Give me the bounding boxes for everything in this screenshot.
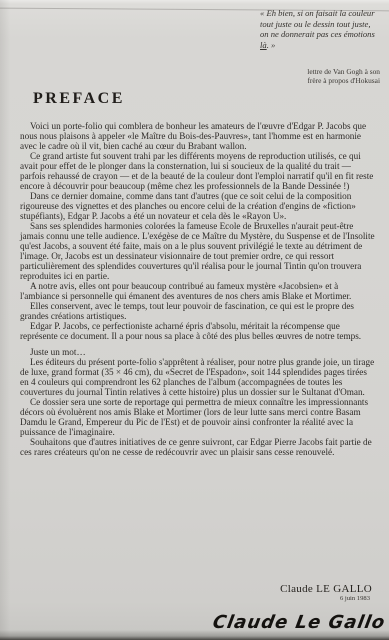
paragraph: Sans ses splendides harmonies colorées l…: [20, 221, 375, 281]
epigraph-quote-text: « Eh bien, si on faisait la couleur tout…: [260, 8, 375, 39]
epigraph-quote: « Eh bien, si on faisait la couleur tout…: [260, 8, 380, 50]
scan-top-highlight: [0, 0, 389, 4]
paragraph: Edgar P. Jacobs, ce perfectioniste achar…: [20, 321, 375, 341]
scan-left-shadow: [0, 0, 10, 640]
paragraph: Ce grand artiste fut souvent trahi par l…: [20, 151, 375, 191]
paragraph: Voici un porte-folio qui comblera de bon…: [20, 121, 375, 151]
paragraph: Les éditeurs du présent porte-folio s'ap…: [20, 357, 375, 397]
attribution-line-2: frère à propos d'Hokusai: [276, 76, 380, 85]
signature-date: 6 juin 1983: [340, 595, 370, 602]
paragraph: Dans ce dernier domaine, comme dans tant…: [20, 191, 375, 221]
paragraph: Souhaitons que d'autres initiatives de c…: [20, 437, 375, 457]
paragraph: Ce dossier sera une sorte de reportage q…: [20, 397, 375, 437]
preface-body: Voici un porte-folio qui comblera de bon…: [20, 121, 375, 457]
epigraph-attribution: lettre de Van Gogh à son frère à propos …: [276, 67, 380, 85]
paragraph-juste-un-mot: Juste un mot…: [20, 347, 375, 357]
scanned-preface-page: « Eh bien, si on faisait la couleur tout…: [0, 0, 389, 640]
page-title: PREFACE: [33, 90, 125, 108]
paragraph: Elles conservent, avec le temps, tout le…: [20, 301, 375, 321]
paragraph: A notre avis, elles ont pour beaucoup co…: [20, 281, 375, 301]
author-name: Claude LE GALLO: [280, 583, 372, 595]
handwritten-signature: Claude Le Gallo: [211, 612, 387, 633]
attribution-line-1: lettre de Van Gogh à son: [276, 67, 380, 76]
epigraph-quote-underlined-word: là: [260, 40, 267, 50]
epigraph-quote-close: . »: [267, 40, 276, 50]
